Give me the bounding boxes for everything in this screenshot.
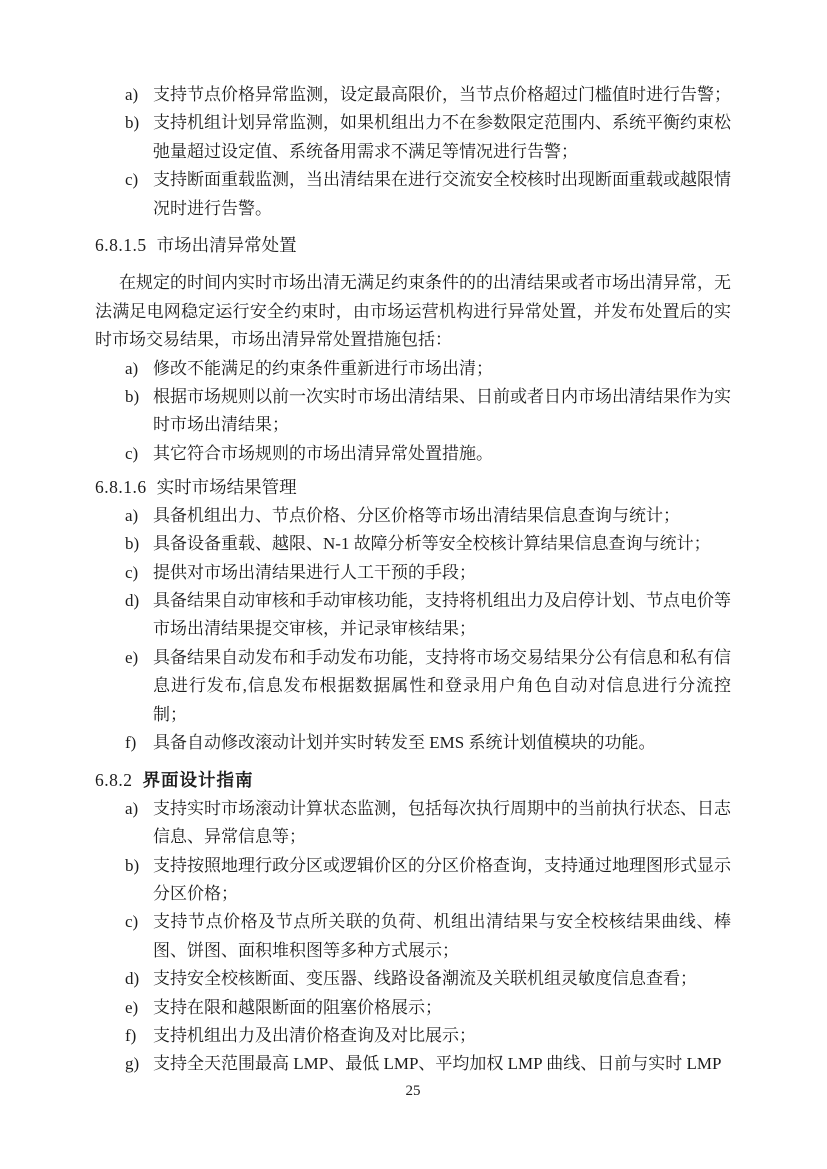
- section-heading-realtime-result: 6.8.1.6实时市场结果管理: [95, 473, 731, 501]
- list-item: e) 具备结果自动发布和手动发布功能，支持将市场交易结果分公有信息和私有信息进行…: [95, 644, 731, 729]
- realtime-result-list: a) 具备机组出力、节点价格、分区价格等市场出清结果信息查询与统计； b) 具备…: [95, 502, 731, 758]
- list-item-text: 支持机组出力及出清价格查询及对比展示；: [153, 1026, 476, 1045]
- list-item-marker: f): [125, 1022, 136, 1050]
- list-item-marker: d): [125, 965, 139, 993]
- list-item-text: 支持机组计划异常监测，如果机组出力不在参数限定范围内、系统平衡约束松弛量超过设定…: [153, 113, 731, 160]
- section-title: 界面设计指南: [143, 770, 254, 790]
- list-item-marker: c): [125, 166, 138, 194]
- list-item-text: 具备自动修改滚动计划并实时转发至 EMS 系统计划值模块的功能。: [153, 733, 655, 752]
- section-number: 6.8.1.6: [95, 477, 147, 497]
- list-item-text: 支持在限和越限断面的阻塞价格展示；: [153, 998, 442, 1017]
- list-item-text: 其它符合市场规则的市场出清异常处置措施。: [153, 444, 493, 463]
- list-item-marker: c): [125, 440, 138, 468]
- list-item: b) 具备设备重载、越限、N-1 故障分析等安全校核计算结果信息查询与统计；: [95, 530, 731, 558]
- list-item-marker: b): [125, 383, 139, 411]
- list-item-text: 支持按照地理行政分区或逻辑价区的分区价格查询，支持通过地理图形式显示分区价格；: [153, 856, 731, 903]
- list-item: g) 支持全天范围最高 LMP、最低 LMP、平均加权 LMP 曲线、日前与实时…: [95, 1050, 731, 1078]
- list-item: a) 支持节点价格异常监测，设定最高限价，当节点价格超过门槛值时进行告警；: [95, 81, 731, 109]
- list-item: c) 支持断面重载监测，当出清结果在进行交流安全校核时出现断面重载或越限情况时进…: [95, 166, 731, 223]
- list-item-text: 支持节点价格异常监测，设定最高限价，当节点价格超过门槛值时进行告警；: [153, 85, 731, 104]
- list-item-text: 具备结果自动发布和手动发布功能，支持将市场交易结果分公有信息和私有信息进行发布,…: [153, 648, 731, 724]
- list-item-marker: b): [125, 852, 139, 880]
- section-title: 实时市场结果管理: [157, 477, 297, 497]
- list-item-text: 支持全天范围最高 LMP、最低 LMP、平均加权 LMP 曲线、日前与实时 LM…: [153, 1054, 721, 1073]
- list-item: d) 支持安全校核断面、变压器、线路设备潮流及关联机组灵敏度信息查看；: [95, 965, 731, 993]
- list-item: b) 支持按照地理行政分区或逻辑价区的分区价格查询，支持通过地理图形式显示分区价…: [95, 852, 731, 909]
- list-item: d) 具备结果自动审核和手动审核功能，支持将机组出力及启停计划、节点电价等市场出…: [95, 587, 731, 644]
- list-item: c) 提供对市场出清结果进行人工干预的手段；: [95, 559, 731, 587]
- list-item-text: 提供对市场出清结果进行人工干预的手段；: [153, 563, 476, 582]
- page-content: a) 支持节点价格异常监测，设定最高限价，当节点价格超过门槛值时进行告警； b)…: [95, 81, 731, 1079]
- list-item-marker: c): [125, 908, 138, 936]
- list-item-text: 支持节点价格及节点所关联的负荷、机组出清结果与安全校核结果曲线、棒图、饼图、面积…: [153, 912, 731, 959]
- list-item: c) 支持节点价格及节点所关联的负荷、机组出清结果与安全校核结果曲线、棒图、饼图…: [95, 908, 731, 965]
- page-number: 25: [95, 1082, 731, 1100]
- list-item-marker: b): [125, 109, 139, 137]
- section-paragraph: 在规定的时间内实时市场出清无满足约束条件的的出清结果或者市场出清异常，无法满足电…: [95, 269, 731, 354]
- list-item-marker: c): [125, 559, 138, 587]
- list-item: a) 修改不能满足的约束条件重新进行市场出清；: [95, 355, 731, 383]
- document-page: a) 支持节点价格异常监测，设定最高限价，当节点价格超过门槛值时进行告警； b)…: [0, 0, 827, 1169]
- list-item-marker: a): [125, 502, 138, 530]
- section-number: 6.8.2: [95, 770, 133, 790]
- list-item-text: 修改不能满足的约束条件重新进行市场出清；: [153, 359, 493, 378]
- clearing-exception-list: a) 修改不能满足的约束条件重新进行市场出清； b) 根据市场规则以前一次实时市…: [95, 355, 731, 469]
- list-item-marker: a): [125, 795, 138, 823]
- list-item-text: 具备机组出力、节点价格、分区价格等市场出清结果信息查询与统计；: [153, 506, 680, 525]
- list-item-text: 根据市场规则以前一次实时市场出清结果、日前或者日内市场出清结果作为实时市场出清结…: [153, 387, 731, 434]
- list-item-marker: d): [125, 587, 139, 615]
- intro-requirement-list: a) 支持节点价格异常监测，设定最高限价，当节点价格超过门槛值时进行告警； b)…: [95, 81, 731, 223]
- list-item-marker: a): [125, 355, 138, 383]
- list-item-marker: f): [125, 729, 136, 757]
- list-item-text: 支持安全校核断面、变压器、线路设备潮流及关联机组灵敏度信息查看；: [153, 969, 697, 988]
- list-item: a) 具备机组出力、节点价格、分区价格等市场出清结果信息查询与统计；: [95, 502, 731, 530]
- list-item: b) 根据市场规则以前一次实时市场出清结果、日前或者日内市场出清结果作为实时市场…: [95, 383, 731, 440]
- list-item: e) 支持在限和越限断面的阻塞价格展示；: [95, 994, 731, 1022]
- list-item-text: 支持实时市场滚动计算状态监测，包括每次执行周期中的当前执行状态、日志信息、异常信…: [153, 799, 731, 846]
- list-item-text: 具备设备重载、越限、N-1 故障分析等安全校核计算结果信息查询与统计；: [153, 534, 711, 553]
- list-item-marker: b): [125, 530, 139, 558]
- list-item: f) 支持机组出力及出清价格查询及对比展示；: [95, 1022, 731, 1050]
- list-item-marker: e): [125, 994, 138, 1022]
- list-item-marker: g): [125, 1050, 139, 1078]
- list-item: f) 具备自动修改滚动计划并实时转发至 EMS 系统计划值模块的功能。: [95, 729, 731, 757]
- list-item: c) 其它符合市场规则的市场出清异常处置措施。: [95, 440, 731, 468]
- list-item: b) 支持机组计划异常监测，如果机组出力不在参数限定范围内、系统平衡约束松弛量超…: [95, 109, 731, 166]
- list-item: a) 支持实时市场滚动计算状态监测，包括每次执行周期中的当前执行状态、日志信息、…: [95, 795, 731, 852]
- section-heading-clearing-exception: 6.8.1.5市场出清异常处置: [95, 231, 731, 259]
- ui-design-list: a) 支持实时市场滚动计算状态监测，包括每次执行周期中的当前执行状态、日志信息、…: [95, 795, 731, 1079]
- section-title: 市场出清异常处置: [157, 235, 297, 255]
- section-number: 6.8.1.5: [95, 235, 147, 255]
- list-item-marker: a): [125, 81, 138, 109]
- section-heading-ui-design: 6.8.2界面设计指南: [95, 766, 731, 794]
- list-item-marker: e): [125, 644, 138, 672]
- list-item-text: 支持断面重载监测，当出清结果在进行交流安全校核时出现断面重载或越限情况时进行告警…: [153, 170, 731, 217]
- list-item-text: 具备结果自动审核和手动审核功能，支持将机组出力及启停计划、节点电价等市场出清结果…: [153, 591, 731, 638]
